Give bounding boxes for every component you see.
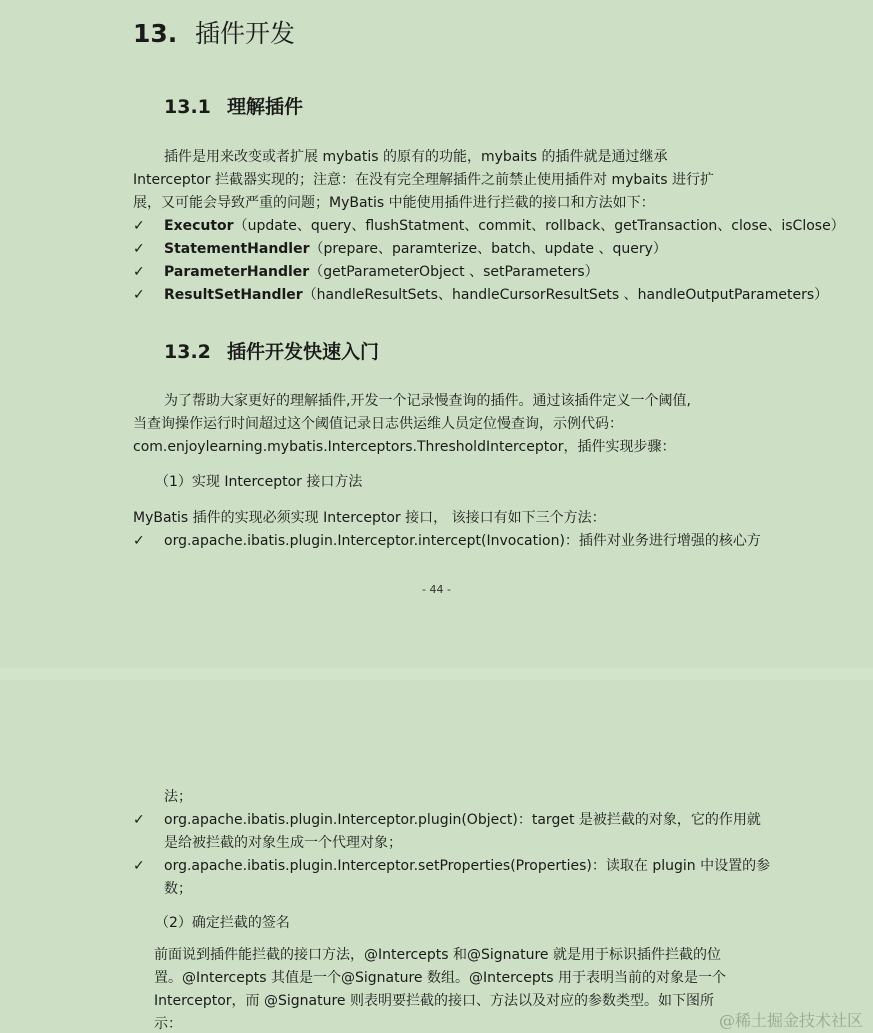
method-item-intercept-continued: 法； [164,786,192,809]
step-2-line-2: 置。@Intercepts 其值是一个@Signature 数组。@Interc… [154,967,726,990]
interface-methods: （update、query、flushStatment、commit、rollb… [234,218,845,234]
step-2-heading: （2）确定拦截的签名 [155,912,290,935]
chapter-title: 插件开发 [195,19,295,48]
interface-name: ResultSetHandler [164,287,303,303]
interface-methods: （handleResultSets、handleCursorResultSets… [303,287,828,303]
intro-line-1: 插件是用来改变或者扩展 mybatis 的原有的功能，mybaits 的插件就是… [164,146,667,169]
interface-name: ParameterHandler [164,264,309,280]
method-item-intercept: ✓ org.apache.ibatis.plugin.Interceptor.i… [133,530,145,553]
section-heading-13-1: 13.1理解插件 [164,92,303,119]
step-2-line-4: 示： [154,1013,182,1033]
checkmark-icon: ✓ [133,218,145,234]
interface-item-executor: ✓ Executor（update、query、flushStatment、co… [133,215,145,238]
method-text: org.apache.ibatis.plugin.Interceptor.set… [164,855,770,878]
method-text: org.apache.ibatis.plugin.Interceptor.int… [164,530,761,553]
watermark: @稀土掘金技术社区 [719,1008,863,1031]
checkmark-icon: ✓ [133,858,145,874]
method-plugin-continued: 是给被拦截的对象生成一个代理对象； [164,832,402,855]
interface-item-resultsethandler: ✓ ResultSetHandler（handleResultSets、hand… [133,284,145,307]
section-title: 理解插件 [227,96,303,118]
chapter-number: 13. [133,19,195,48]
intro-line-2: Interceptor 拦截器实现的；注意：在没有完全理解插件之前禁止使用插件对… [133,169,714,192]
chapter-heading: 13.插件开发 [133,14,295,50]
quickstart-line-1: 为了帮助大家更好的理解插件,开发一个记录慢查询的插件。通过该插件定义一个阈值, [164,390,691,413]
method-setproperties-continued: 数； [164,878,192,901]
section-number: 13.2 [164,341,227,363]
checkmark-icon: ✓ [133,287,145,303]
page-number: - 44 - [0,583,873,596]
method-item-setproperties: ✓ org.apache.ibatis.plugin.Interceptor.s… [133,855,145,878]
interface-name: StatementHandler [164,241,310,257]
method-item-plugin: ✓ org.apache.ibatis.plugin.Interceptor.p… [133,809,145,832]
method-text: org.apache.ibatis.plugin.Interceptor.plu… [164,809,761,832]
interface-methods: （prepare、paramterize、batch、update 、query… [310,241,667,257]
quickstart-line-3: com.enjoylearning.mybatis.Interceptors.T… [133,436,676,459]
section-heading-13-2: 13.2插件开发快速入门 [164,337,379,364]
intro-line-3: 展，又可能会导致严重的问题；MyBatis 中能使用插件进行拦截的接口和方法如下… [133,192,655,215]
quickstart-line-2: 当查询操作运行时间超过这个阈值记录日志供运维人员定位慢查询，示例代码： [133,413,623,436]
section-title: 插件开发快速入门 [227,341,379,363]
checkmark-icon: ✓ [133,241,145,257]
section-number: 13.1 [164,96,227,118]
interface-item-statementhandler: ✓ StatementHandler（prepare、paramterize、b… [133,238,145,261]
step-1-description: MyBatis 插件的实现必须实现 Interceptor 接口， 该接口有如下… [133,507,606,530]
checkmark-icon: ✓ [133,533,145,549]
step-1-heading: （1）实现 Interceptor 接口方法 [155,471,362,494]
step-2-line-3: Interceptor，而 @Signature 则表明要拦截的接口、方法以及对… [154,990,714,1013]
page-separator [0,668,873,680]
checkmark-icon: ✓ [133,812,145,828]
step-2-line-1: 前面说到插件能拦截的接口方法，@Intercepts 和@Signature 就… [154,944,721,967]
checkmark-icon: ✓ [133,264,145,280]
interface-item-parameterhandler: ✓ ParameterHandler（getParameterObject 、s… [133,261,145,284]
interface-methods: （getParameterObject 、setParameters） [309,264,598,280]
interface-name: Executor [164,218,234,234]
